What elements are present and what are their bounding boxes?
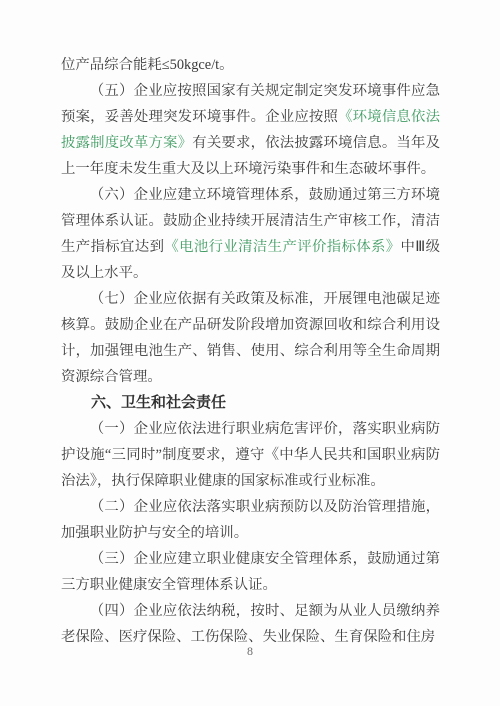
section-heading-text: 六、卫生和社会责任 xyxy=(91,395,226,411)
paragraph-item-1: （一）企业应依法进行职业病危害评价，落实职业病防护设施“三同时”制度要求，遵守《… xyxy=(61,416,440,494)
paragraph-text: （七）企业应依据有关政策及标准，开展锂电池碳足迹核算。鼓励企业在产品研发阶段增加… xyxy=(61,291,440,385)
paragraph-text: （三）企业应建立职业健康安全管理体系，鼓励通过第三方职业健康安全管理体系认证。 xyxy=(61,551,440,593)
section-heading-six: 六、卫生和社会责任 xyxy=(61,390,440,416)
paragraph-item-6: （六）企业应建立环境管理体系，鼓励通过第三方环境管理体系认证。鼓励企业持续开展清… xyxy=(61,182,440,286)
paragraph-item-3: （三）企业应建立职业健康安全管理体系，鼓励通过第三方职业健康安全管理体系认证。 xyxy=(61,546,440,598)
paragraph-continuation: 位产品综合能耗≤50kgce/t。 xyxy=(61,52,440,78)
paragraph-text: 位产品综合能耗≤50kgce/t。 xyxy=(61,57,234,73)
paragraph-item-2: （二）企业应依法落实职业病预防以及防治管理措施，加强职业防护与安全的培训。 xyxy=(61,494,440,546)
book-title-text: 《电池行业清洁生产评价指标体系》 xyxy=(164,239,400,255)
page-number: 8 xyxy=(0,644,500,658)
paragraph-item-7: （七）企业应依据有关政策及标准，开展锂电池碳足迹核算。鼓励企业在产品研发阶段增加… xyxy=(61,286,440,390)
paragraph-text: （四）企业应依法纳税，按时、足额为从业人员缴纳养老保险、医疗保险、工伤保险、失业… xyxy=(61,603,440,645)
paragraph-text: （一）企业应依法进行职业病危害评价，落实职业病防护设施“三同时”制度要求，遵守《… xyxy=(61,421,440,489)
paragraph-item-5: （五）企业应按照国家有关规定制定突发环境事件应急预案，妥善处理突发环境事件。企业… xyxy=(61,78,440,182)
paragraph-text: （二）企业应依法落实职业病预防以及防治管理措施，加强职业防护与安全的培训。 xyxy=(61,499,440,541)
document-body: 位产品综合能耗≤50kgce/t。 （五）企业应按照国家有关规定制定突发环境事件… xyxy=(61,52,440,650)
paragraph-item-4: （四）企业应依法纳税，按时、足额为从业人员缴纳养老保险、医疗保险、工伤保险、失业… xyxy=(61,598,440,650)
document-page: 位产品综合能耗≤50kgce/t。 （五）企业应按照国家有关规定制定突发环境事件… xyxy=(0,0,500,706)
